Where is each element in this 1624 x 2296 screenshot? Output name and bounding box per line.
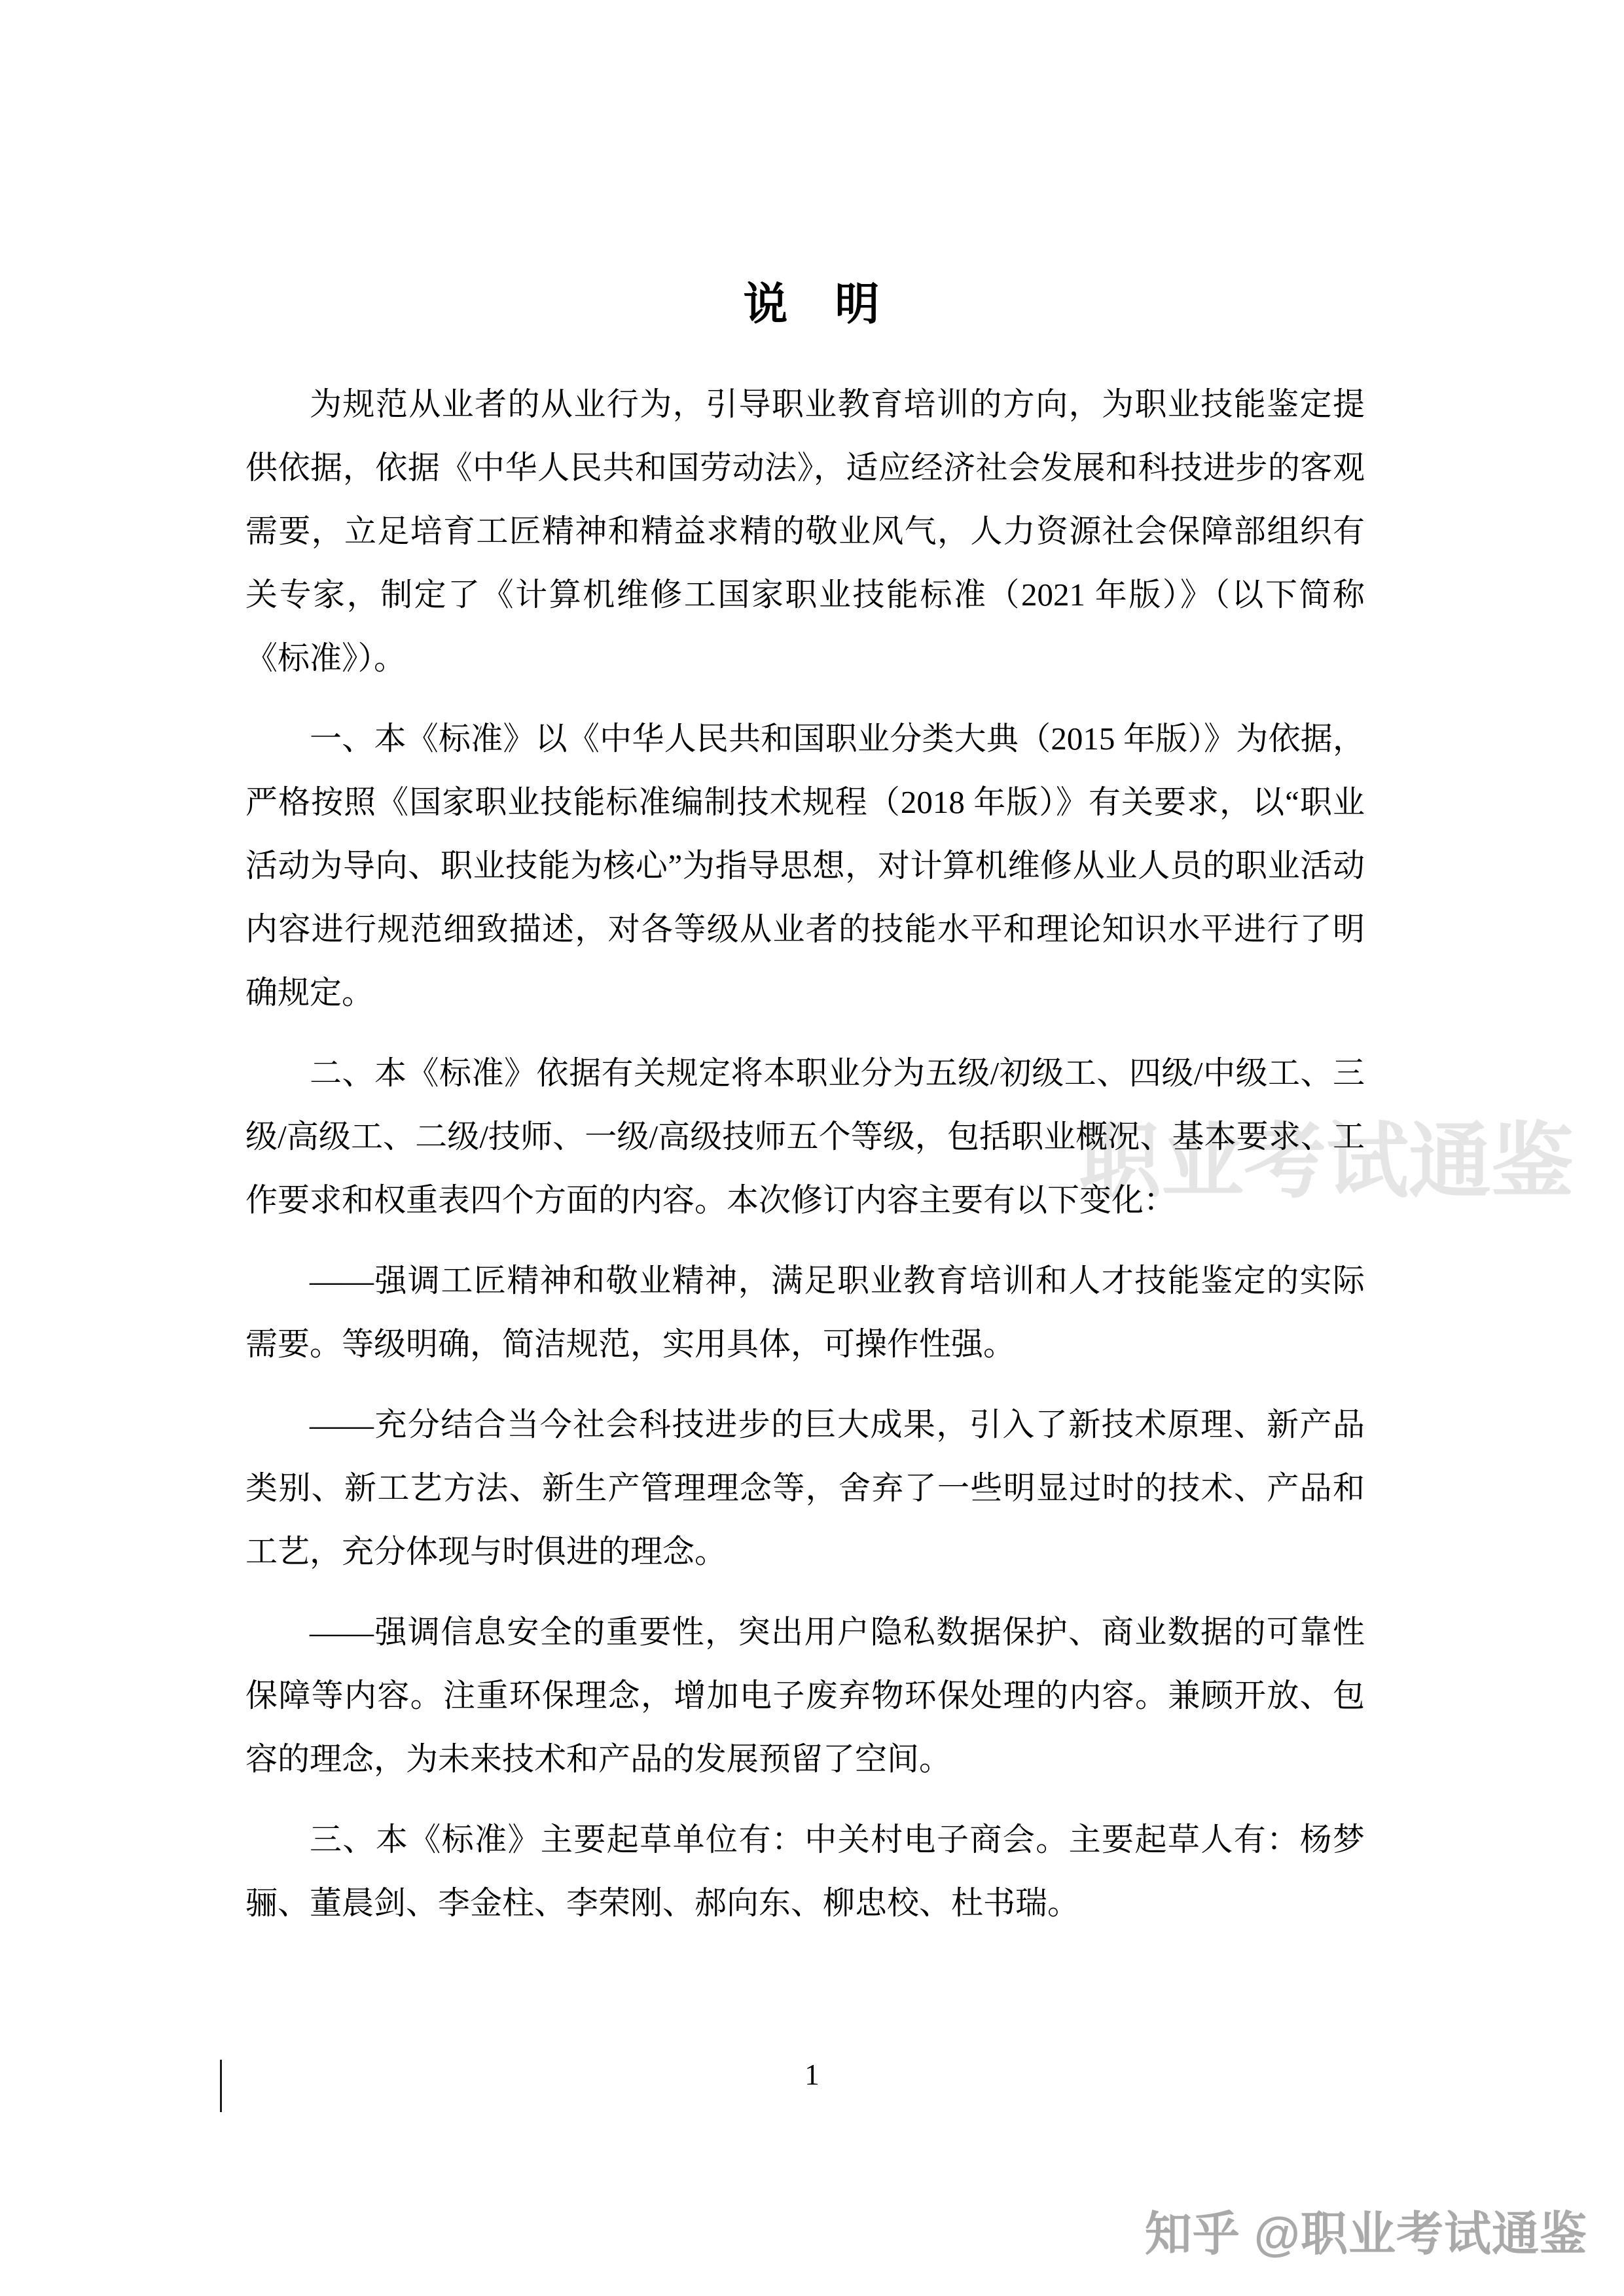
paragraph: 三、本《标准》主要起草单位有：中关村电子商会。主要起草人有：杨梦骊、董晨剑、李金… [245,1808,1365,1935]
paragraph: 为规范从业者的从业行为，引导职业教育培训的方向，为职业技能鉴定提供依据，依据《中… [245,372,1365,690]
paragraph: ——充分结合当今社会科技进步的巨大成果，引入了新技术原理、新产品类别、新工艺方法… [245,1393,1365,1583]
page-number: 1 [0,2060,1624,2090]
page-title: 说 明 [0,278,1624,332]
document-body: 为规范从业者的从业行为，引导职业教育培训的方向，为职业技能鉴定提供依据，依据《中… [245,372,1365,1952]
paragraph: ——强调信息安全的重要性，突出用户隐私数据保护、商业数据的可靠性保障等内容。注重… [245,1600,1365,1791]
document-page: 职业考试通鉴 说 明 为规范从业者的从业行为，引导职业教育培训的方向，为职业技能… [0,0,1624,2296]
paragraph: 一、本《标准》以《中华人民共和国职业分类大典（2015 年版）》为依据，严格按照… [245,707,1365,1024]
paragraph: ——强调工匠精神和敬业精神，满足职业教育培训和人才技能鉴定的实际需要。等级明确，… [245,1249,1365,1376]
paragraph: 二、本《标准》依据有关规定将本职业分为五级/初级工、四级/中级工、三级/高级工、… [245,1041,1365,1232]
footer-watermark: 知乎 @职业考试通鉴 [1145,2211,1587,2258]
